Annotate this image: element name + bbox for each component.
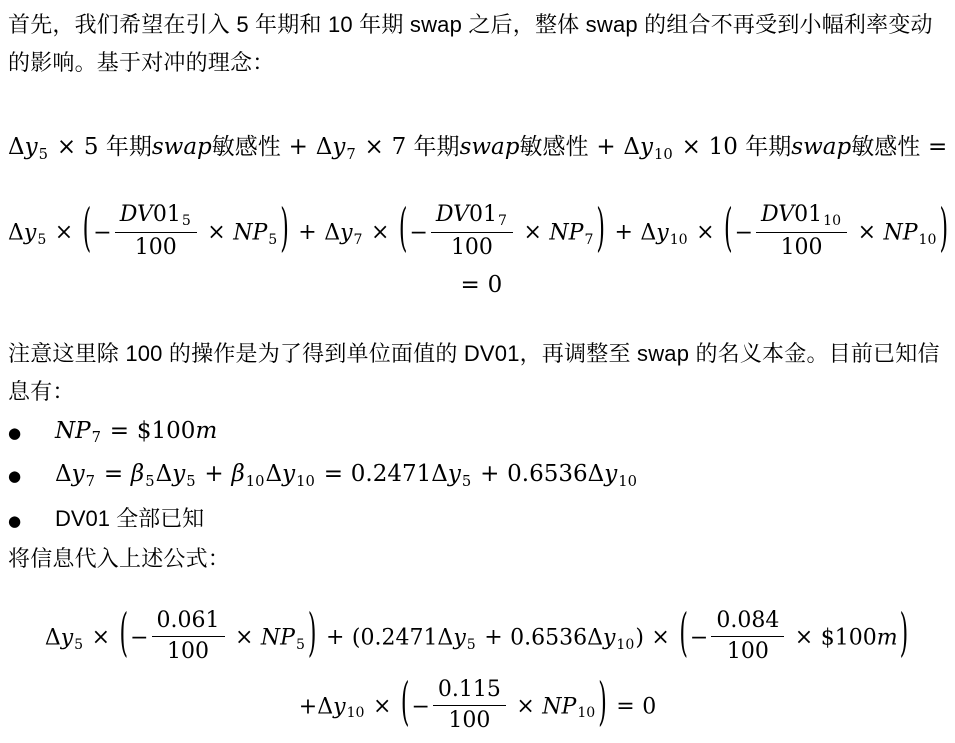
math-text: − — [411, 694, 429, 719]
math-text: 100 — [451, 235, 493, 260]
math-subscript: 5 — [467, 637, 476, 653]
note-paragraph: 注意这里除 100 的操作是为了得到单位面值的 DV01，再调整至 swap 的… — [8, 335, 947, 411]
math-big-paren: ( — [724, 205, 733, 257]
math-text: Δ — [55, 461, 72, 487]
math-big-paren: ) — [900, 611, 909, 663]
math-text: 0.084 — [716, 608, 779, 633]
math-variable: y — [282, 461, 295, 487]
math-text: 01 — [153, 202, 181, 227]
math-operator: × — [651, 625, 669, 650]
math-numerator: 0.115 — [433, 677, 506, 705]
math-variable: NP — [55, 418, 91, 444]
math-text: Δ — [640, 220, 656, 245]
math-text: − — [409, 220, 427, 245]
math-operator: = — [928, 134, 947, 160]
math-operator: × — [696, 220, 714, 245]
math-text: $100 — [821, 625, 877, 650]
math-fraction: 0.115100 — [433, 677, 506, 734]
math-text: 0.061 — [157, 608, 220, 633]
math-text: 0.2471Δ — [351, 461, 448, 487]
math-subscript: 5 — [74, 637, 83, 653]
math-operator: + — [326, 625, 344, 650]
math-denominator: 100 — [756, 232, 847, 260]
math-variable: m — [877, 625, 898, 650]
math-subscript: 10 — [618, 473, 637, 490]
math-operator: × — [373, 694, 391, 719]
formula-dv01-expanded: Δy5×(−DV015100×NP5)+Δy7×(−DV017100×NP7)+… — [8, 204, 947, 263]
math-operator: = — [324, 461, 343, 487]
math-operator: + — [596, 134, 615, 160]
math-subscript: 7 — [498, 213, 507, 229]
math-variable: NP — [233, 220, 267, 245]
bullet-icon: ● — [8, 503, 55, 540]
math-variable: y — [72, 461, 85, 487]
math-variable: swap — [791, 134, 851, 160]
math-fraction: DV0110100 — [756, 202, 847, 261]
math-text: Δ — [45, 625, 61, 650]
math-subscript: 10 — [823, 213, 841, 229]
math-subscript: 10 — [577, 705, 595, 721]
math-cjk-label: 敏感性 — [851, 134, 920, 160]
math-fraction: 0.084100 — [711, 608, 784, 665]
math-text: ) — [635, 625, 644, 650]
math-operator: × — [795, 625, 813, 650]
bullet-text-dv01: DV01 全部已知 — [55, 500, 204, 537]
math-text: Δ — [8, 220, 24, 245]
math-variable: y — [656, 220, 668, 245]
math-cjk-label: 年期 — [99, 134, 152, 160]
math-operator: × — [858, 220, 876, 245]
math-big-paren: ( — [83, 205, 92, 257]
math-operator: × — [371, 220, 389, 245]
math-big-paren: ) — [939, 205, 948, 257]
math-variable: DV — [761, 202, 794, 227]
known-info-list: ● NP7=$100m ● Δy7=β5Δy5+β10Δy10=0.2471Δy… — [8, 413, 947, 540]
math-text: − — [735, 220, 753, 245]
math-text: 10 — [709, 134, 738, 160]
math-text: 0.6536Δ — [507, 461, 604, 487]
math-variable: β — [231, 461, 244, 487]
math-denominator: 100 — [431, 232, 513, 260]
math-text: 100 — [135, 235, 177, 260]
math-variable: y — [640, 134, 653, 160]
math-text: Δ — [324, 220, 340, 245]
math-fraction: 0.061100 — [152, 608, 225, 665]
math-variable: y — [61, 625, 73, 650]
math-operator: × — [235, 625, 253, 650]
math-variable: swap — [460, 134, 520, 160]
math-variable: y — [603, 625, 615, 650]
math-operator: × — [365, 134, 384, 160]
math-text: +Δ — [299, 694, 333, 719]
math-text: − — [93, 220, 111, 245]
math-cjk-label: 敏感性 — [520, 134, 589, 160]
math-subscript: 10 — [654, 146, 673, 163]
math-big-paren: ) — [280, 205, 289, 257]
math-variable: DV — [120, 202, 153, 227]
math-text: − — [690, 625, 708, 650]
math-fraction: DV015100 — [115, 202, 197, 261]
math-cjk-label: 年期 — [738, 134, 791, 160]
math-operator: + — [289, 134, 308, 160]
math-subscript: 5 — [39, 146, 48, 163]
math-text: Δ — [623, 134, 640, 160]
math-variable: β — [131, 461, 144, 487]
math-subscript: 10 — [919, 232, 937, 248]
math-big-paren: ) — [308, 611, 317, 663]
math-operator: × — [516, 694, 534, 719]
math-variable: swap — [152, 134, 212, 160]
math-text: 0 — [642, 694, 656, 719]
math-text: 01 — [794, 202, 822, 227]
math-variable: y — [453, 625, 465, 650]
math-subscript: 5 — [268, 232, 277, 248]
math-text: 100 — [781, 235, 823, 260]
math-variable: NP — [542, 694, 576, 719]
math-numerator: DV0110 — [756, 202, 847, 233]
math-subscript: 5 — [37, 232, 46, 248]
math-variable: y — [25, 134, 38, 160]
math-operator: = — [616, 694, 634, 719]
math-subscript: 7 — [584, 232, 593, 248]
math-variable: y — [340, 220, 352, 245]
document-page: 首先，我们希望在引入 5 年期和 10 年期 swap 之后，整体 swap 的… — [0, 0, 955, 743]
math-operator: × — [523, 220, 541, 245]
math-text: 0.115 — [438, 677, 501, 702]
bullet-icon: ● — [8, 458, 55, 495]
math-text: (0.2471Δ — [352, 625, 453, 650]
math-big-paren: ( — [399, 205, 408, 257]
formula-sensitivity-sum: Δy5×5 年期swap敏感性+Δy7×7 年期swap敏感性+Δy10×10 … — [8, 130, 947, 166]
math-text: − — [130, 625, 148, 650]
math-subscript: 7 — [346, 146, 355, 163]
formula-substituted-line1: Δy5×(−0.061100×NP5)+(0.2471Δy5+0.6536Δy1… — [8, 610, 947, 667]
math-numerator: 0.084 — [711, 608, 784, 636]
math-subscript: 5 — [182, 213, 191, 229]
math-operator: + — [614, 220, 632, 245]
math-text: 100 — [448, 708, 490, 733]
math-text: Δ — [316, 134, 333, 160]
bullet-math-dy7: Δy7=β5Δy5+β10Δy10=0.2471Δy5+0.6536Δy10 — [55, 456, 638, 500]
math-big-paren: ( — [401, 679, 410, 731]
math-text: Δ — [156, 461, 173, 487]
math-subscript: 5 — [462, 473, 471, 490]
math-operator: + — [298, 220, 316, 245]
math-big-paren: ) — [598, 679, 607, 731]
math-variable: y — [332, 134, 345, 160]
bullet-math-np7: NP7=$100m — [55, 413, 217, 457]
list-item: ● Δy7=β5Δy5+β10Δy10=0.2471Δy5+0.6536Δy10 — [8, 456, 947, 500]
math-subscript: 10 — [296, 473, 315, 490]
math-operator: × — [207, 220, 225, 245]
math-text: 0 — [488, 272, 503, 298]
math-variable: y — [24, 220, 36, 245]
math-denominator: 100 — [433, 705, 506, 733]
math-numerator: DV017 — [431, 202, 513, 233]
math-subscript: 10 — [670, 232, 688, 248]
math-text: 7 — [392, 134, 407, 160]
math-text: 0.6536Δ — [510, 625, 603, 650]
math-subscript: 10 — [246, 473, 265, 490]
math-operator: × — [57, 134, 76, 160]
math-numerator: DV015 — [115, 202, 197, 233]
math-subscript: 7 — [92, 429, 101, 446]
math-operator: × — [55, 220, 73, 245]
formula-substituted-line2: +Δy10×(−0.115100×NP10)=0 — [8, 679, 947, 736]
math-text: 100 — [727, 639, 769, 664]
math-big-paren: ( — [679, 611, 688, 663]
math-operator: + — [480, 461, 499, 487]
math-operator: = — [461, 272, 480, 298]
math-text: 100 — [167, 639, 209, 664]
math-cjk-label: 年期 — [406, 134, 459, 160]
math-variable: NP — [883, 220, 917, 245]
math-fraction: DV017100 — [431, 202, 513, 261]
math-operator: × — [92, 625, 110, 650]
math-big-paren: ( — [119, 611, 128, 663]
math-subscript: 5 — [145, 473, 154, 490]
math-operator: × — [682, 134, 701, 160]
math-variable: y — [333, 694, 345, 719]
math-variable: NP — [261, 625, 295, 650]
math-denominator: 100 — [115, 232, 197, 260]
math-text: $100 — [137, 418, 196, 444]
math-text: Δ — [266, 461, 283, 487]
math-text: Δ — [8, 134, 25, 160]
math-variable: m — [195, 418, 217, 444]
math-big-paren: ) — [596, 205, 605, 257]
math-text: 01 — [469, 202, 497, 227]
math-text: 5 — [84, 134, 99, 160]
math-numerator: 0.061 — [152, 608, 225, 636]
math-denominator: 100 — [152, 636, 225, 664]
math-subscript: 7 — [354, 232, 363, 248]
math-variable: y — [448, 461, 461, 487]
math-denominator: 100 — [711, 636, 784, 664]
list-item: ● NP7=$100m — [8, 413, 947, 457]
math-variable: y — [604, 461, 617, 487]
math-cjk-label: 敏感性 — [212, 134, 281, 160]
bullet-icon: ● — [8, 415, 55, 452]
math-variable: DV — [436, 202, 469, 227]
math-subscript: 5 — [296, 637, 305, 653]
substitute-paragraph: 将信息代入上述公式： — [8, 540, 947, 578]
math-subscript: 10 — [616, 637, 634, 653]
math-operator: = — [110, 418, 129, 444]
list-item: ● DV01 全部已知 — [8, 500, 947, 540]
formula-dv01-equals-zero: =0 — [8, 271, 947, 301]
math-subscript: 10 — [347, 705, 365, 721]
math-operator: = — [104, 461, 123, 487]
math-subscript: 5 — [186, 473, 195, 490]
intro-paragraph: 首先，我们希望在引入 5 年期和 10 年期 swap 之后，整体 swap 的… — [8, 6, 947, 82]
math-variable: NP — [549, 220, 583, 245]
math-operator: + — [204, 461, 223, 487]
math-operator: + — [484, 625, 502, 650]
math-subscript: 7 — [86, 473, 95, 490]
math-variable: y — [172, 461, 185, 487]
